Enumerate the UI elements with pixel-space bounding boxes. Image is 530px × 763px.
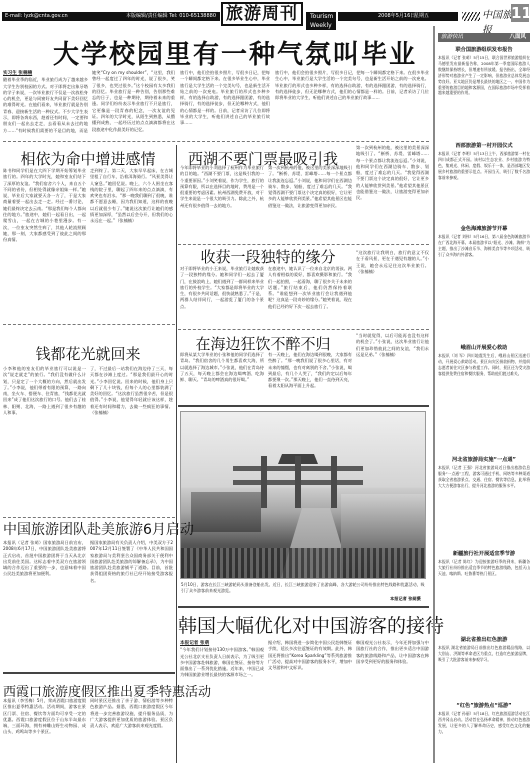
- main-feature-intro-col2: 她笑“Cry on my shoulder”，“这里，我们曾经一起度过了四年的时…: [92, 70, 175, 134]
- sidebar-item-text: 本报讯（记者 孙丽）5月18日，红色旅游巡游活动在江西井冈山启动。活动旨在弘扬革…: [438, 711, 530, 763]
- article-xiangyi-col1: 陈书和同学们是在大四下学期开始筹划毕业旅行的。四年的大学时光，她和室友们结下了深…: [3, 168, 86, 316]
- article-zhongguo-col1: 本报讯（记者 张萌）国家旅游局日前宣布，2008年6月17日，中国旅游团队赴美旅…: [3, 540, 86, 658]
- sidebar-item-text: 本报讯（记者 陈红）为迎接旅游旺季的到来，新疆各大旅行社纷纷推出适宜季节的特色旅…: [438, 559, 530, 633]
- sidebar-item-title: 新疆旅行社开展适宜季节游: [438, 550, 530, 558]
- article-shouhuo-col2: 在旅途中，她认识了一位来自北京的男孩。两人有着相似的爱好，都喜欢摄影和旅行。“我…: [268, 266, 352, 328]
- masthead-left-bar: E-mail: lyzk@cnta.gov.cn 本版编辑/责任编辑 Tel: …: [2, 12, 220, 21]
- sidebar-item-title: 金色海滩旅游节开幕: [438, 225, 530, 233]
- gate-archway: [243, 448, 353, 508]
- divider: [3, 517, 175, 518]
- editor-info: 本版编辑/责任编辑 Tel: 010-65138880: [126, 12, 216, 21]
- article-shouhuo-col1: 对于即将毕业的小王来说，毕业旅行让她收获了一段独特的缘分。她和同学们一起去了厦门…: [180, 266, 264, 328]
- crowd-shape: [181, 548, 425, 578]
- article-xixiakou-col1: 本报讯（李雪梅）5月，荣成西霞口旅游度假区推出夏季特惠活动。活动期间，游客在景区…: [3, 698, 86, 763]
- contact-email: E-mail: lyzk@cnta.gov.cn: [5, 12, 68, 21]
- sidebar-item-text: 本报讯（记者 张萌）5月15日，联合国世界旅游组织在马德里发布最新报告称，200…: [438, 55, 530, 139]
- sidebar-item-text: 本报讯（记者 李明）5月13日上午，西部旅游第一村在四川成都正式开园。该村以生态…: [438, 151, 530, 223]
- decorative-stripes-icon: [462, 12, 480, 21]
- issue-weekday: 星期五: [414, 12, 429, 21]
- main-feature-intro-col3: 旅行中，他们会拍很多照片，写很多日记，把每一个瞬间都定格下来。在很多毕业生心中，…: [180, 70, 270, 134]
- sidebar-item-title: 峨眉山开展爱心救助: [438, 344, 530, 352]
- main-feature-byline: 实习生 张楠楠: [3, 71, 32, 76]
- photo-credit: 本报记者 张萌摄: [390, 596, 421, 602]
- divider: [178, 244, 429, 245]
- article-hanguo-byline: 本报记者 张萌: [180, 641, 209, 646]
- article-headline-hanguo: 韩国大幅优化对中国游客的接待: [178, 611, 429, 638]
- article-zhongguo-col2: 据国家旅游局有关负责人介绍，中美双方于2007年12月11日签署了《中华人民共和…: [90, 540, 173, 658]
- sidebar-item-title: 联合国旅游组织发布报告: [438, 46, 530, 54]
- body-text: 随着毕业季的临近，毕业旅行成为了越来越多大学生告别校园的方式。对于即将走出象牙塔…: [3, 77, 88, 134]
- divider: [3, 141, 429, 142]
- article-headline-haibian: 在海边狂饮不醉不归: [178, 333, 348, 354]
- sidebar-item-text: 本报讯（刘 军）四川地震发生后，峨眉山景区迅速行动，开展爱心救助活动。景区向灾区…: [438, 353, 530, 453]
- main-feature-intro-col4: 旅行中，他们会拍很多照片，写很多日记，把每一个瞬间都定格下来。在很多毕业生心中，…: [275, 70, 429, 134]
- article-headline-shouhuo: 收获一段独特的缘分: [178, 246, 358, 267]
- article-haibian-col1: 即将从某大学毕业的小张和他的同学们选择了青岛。“我们宿舍的几个男生都喜欢大海，所…: [180, 352, 264, 404]
- article-headline-qiandu: 钱都花光就回来: [3, 343, 173, 364]
- sidebar-item-title: 河北省旅游局实施“一点通”: [438, 456, 530, 464]
- body-text: “今年我们计划接待130万中国游客。”韩国观光公社北京支社负责人日前表示，为了吸…: [180, 647, 264, 677]
- article-hanguo-col3: 韩国观光公社表示，今年还将加强与中国旅行社的合作，推出更多适合中国游客的旅游线路…: [356, 640, 429, 763]
- article-qiandu-col2: 了，不过最后一站我们在海边待了三天，每天都在沙滩上度过。“那是我们最开心的时光。…: [90, 366, 173, 514]
- article-qiandu-col1: 小李和他的室友们的毕业旅行可以说是一次“说走就走”的旅行。“我们没有做什么计划，…: [3, 366, 86, 514]
- masthead: E-mail: lyzk@cnta.gov.cn 本版编辑/责任编辑 Tel: …: [0, 0, 530, 26]
- article-xihu-col1: 今年即将毕业的小刘选择了杭州作为毕业旅行的目的地。“西湖不要门票，这是吸引我的一…: [180, 165, 264, 243]
- article-xixiakou-col2: 同时景区还推出了亲子游、情侣游等多种特色旅游产品。据悉，西霞口旅游度假区今年将进…: [90, 698, 173, 763]
- divider: [3, 324, 175, 325]
- column-rule: [176, 145, 177, 763]
- article-haibian-col2: 有一天晚上，他们在海边喝到很晚，大家都有些醉了。“那一晚我们说了很多心里话，有对…: [268, 352, 352, 404]
- sidebar-item-text: 本报讯 湖北省旅游局日前推出红色旅游精品线路，以大别山、洪湖等革命老区为重点，打…: [438, 645, 530, 699]
- divider: [178, 329, 429, 330]
- sidebar-item-text: 本报讯（记者 王强）河北省旅游局近日推出旅游信息服务“一点通”工程，游客可通过手…: [438, 465, 530, 549]
- article-haibian-col3: “当时就觉得，以后可能再也没有这样的机会了。”小张说，这次毕业旅行让他们更加珍惜…: [356, 333, 429, 404]
- article-headline-zhongguo: 中国旅游团队赴美旅游6月启动: [3, 519, 175, 539]
- page-number: 11: [511, 4, 529, 22]
- sidebar-item-title: 湖北省推出红色旅游: [438, 636, 530, 644]
- main-feature-intro-col1: 实习生 张楠楠 随着毕业季的临近，毕业旅行成为了越来越多大学生告别校园的方式。对…: [3, 70, 88, 134]
- article-xiangyi-col2: 走到终了。第二天，大家早早起床，在古城里租了自行车，沿着洱海骑行。“风景美得让人…: [90, 168, 173, 316]
- divider: [178, 606, 429, 608]
- article-hanguo-col2: 据介绍，韩国将进一步简化中国公民赴韩签证手续，延长多次往返签证的有效期。此外，韩…: [268, 640, 352, 763]
- section-title: 旅游周刊: [221, 2, 303, 26]
- divider: [178, 405, 429, 407]
- article-shouhuo-col3: “这次旅行让我明白，旅行的意义不仅在于看风景，更在于遇见有趣的人。”小王说，她会…: [356, 250, 429, 328]
- photo-caption: 5月10日，游客在长江三峡游轮码头准备登船出发。近日，长江三峡旅游迎来了出游高峰…: [181, 582, 427, 594]
- article-hanguo-col1: 本报记者 张萌 “今年我们计划接待130万中国游客。”韩国观光公社北京支社负责人…: [180, 640, 264, 763]
- sidebar-header-label: 旅游快讯: [441, 34, 463, 40]
- sidebar-item-text: 本报讯（记者 刘伟）5月16日，第八届金色海滩旅游节在广西北海开幕。本届旅游节以…: [438, 234, 530, 310]
- issue-date: 2008年5月16日: [378, 12, 415, 21]
- news-brief-sidebar: 旅游快讯 八面风 联合国旅游组织发布报告 本报讯（记者 张萌）5月15日，联合国…: [433, 26, 530, 763]
- article-xihu-col2: 第一次到杭州的他，被这里的美景深深地吸引了。“断桥、苏堤、雷峰塔……每一个景点都…: [268, 165, 352, 243]
- pier-gate-photo: [180, 411, 426, 579]
- sidebar-item-title: 西部旅游第一村开园仪式: [438, 142, 530, 150]
- article-headline-xiangyi: 相依为命中增进感情: [3, 148, 173, 169]
- main-feature-headline: 大学校园里有一种气氛叫毕业: [40, 34, 430, 71]
- sidebar-header: 旅游快讯 八面风: [438, 33, 530, 42]
- section-title-english: Tourism Weekly: [306, 12, 336, 30]
- divider: [3, 672, 175, 674]
- sidebar-item-title: “红色”旅游热点“巡游”: [438, 702, 530, 710]
- article-xihu-col3: 第一次到杭州的他，被这里的美景深深地吸引了。“断桥、苏堤、雷峰塔……每一个景点都…: [356, 145, 429, 243]
- masthead-right-bar: 2008年5月16日 星期五: [338, 12, 458, 21]
- sidebar-header-section: 八面风: [509, 33, 526, 42]
